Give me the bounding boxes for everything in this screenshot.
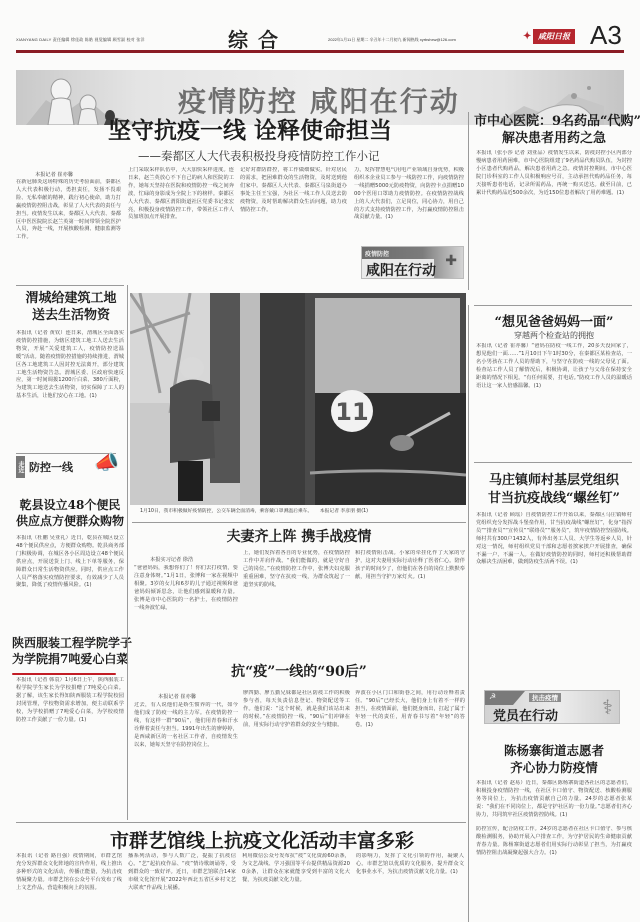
art-museum-col1: 本报讯（记者 路自强）疫情期间，市群艺馆充分发挥群众文化阵地的宣传作用，线上推出… — [16, 853, 122, 919]
art-museum-col3: 利用微信公众号发布抗“疫”文化资源60余条，为文艺战线、学习强国等平台提供精品资… — [242, 853, 350, 919]
party-tag-box: ☭ 抗击疫情 党员在行动 ⚕ — [484, 690, 620, 724]
qianxian-article-title: 乾县设立48个便民 供应点方便群众购物 — [14, 497, 126, 529]
chenyangzhai-title-line2: 齐心协力防疫情 — [474, 759, 634, 776]
weicheng-title-line2: 送去生活物资 — [16, 307, 126, 324]
column-divider — [127, 285, 128, 820]
hospital-title-line2: 解决患者用药之急 — [474, 130, 634, 147]
lead-article-col3: 记好对群防群控，将工作做细做实。针对居民的需求，把困难群众的生活物资，及时送到他… — [240, 167, 347, 287]
section-divider — [16, 822, 466, 823]
section-divider — [16, 285, 124, 286]
svg-text:11: 11 — [335, 398, 368, 426]
party-tag-title: 党员在行动 — [493, 705, 558, 724]
post90-article-col3: 奔波在小区门口和街巷之间，用行动诠释着责任。“90后”已经长大，他们身上有着不一… — [355, 690, 465, 810]
miss-parents-body: 本报讯（记者 崔亦馨）“爸妈在防疫一线工作，20多天没回家了，想见他们一面……”… — [476, 343, 632, 455]
miss-parents-title: “想见爸爸妈妈一面” — [474, 311, 634, 330]
weicheng-article-title: 渭城给建筑工地 送去生活物资 — [16, 290, 126, 324]
couple-article-col3: 和打疫情阻击战。小家的牵挂化作了大家的守护，这对夫妻用实际行动诠释了医者仁心。陪… — [355, 550, 465, 645]
masthead-rule — [16, 50, 624, 53]
qianxian-article-body: 本报讯（杜鹏 吴亚礼）近日，乾县在城区设立48个便民供应点，方便群众购物。乾县商… — [16, 535, 124, 620]
college-title-line1: 陕西服装工程学院学子 — [12, 635, 128, 651]
topic-logo-kicker: 疫情防控 — [365, 249, 389, 258]
photo-credit: 本报记者 李彦朋 摄(1) — [320, 509, 368, 514]
post90-article-title: 抗“疫”一线的“90后” — [132, 661, 466, 681]
post90-article-col2: 廖四勤、廖五勤兄妹都是社区防疫工作的积极参与者，每天负责信息登记、物资配送等工作… — [243, 690, 350, 810]
column-divider — [468, 112, 469, 290]
section-divider — [474, 305, 632, 306]
art-museum-col2: 播系列活动，参与人数广泛，提振了抗疫信心。“艺”起抗疫作品、“疫”情诗歌朗诵等，… — [128, 853, 236, 919]
masthead-left-info: XIANYANG DAILY 责任编辑 徐佳政 陈皓 视觉编辑 顾雪淑 校对 张… — [16, 37, 145, 43]
mazhuang-title-line2: 甘当抗疫战线“螺丝钉” — [474, 490, 634, 508]
lead-article-byline: 本报记者 崔亦馨 — [35, 171, 73, 178]
lead-article-title: 坚守抗疫一线 诠释使命担当 — [108, 112, 392, 145]
newspaper-logo: 咸阳日报 — [533, 29, 575, 44]
art-museum-col4: 的影响力，发挥了文化引领的作用，凝聚人心。市群艺馆以优质的文化服务，提升群众文化… — [356, 853, 464, 919]
mazhuang-title-line1: 马庄镇师村基层党组织 — [474, 472, 634, 490]
qianxian-title-line1: 乾县设立48个便民 — [14, 497, 126, 513]
hospital-article-body: 本报讯（张小莎 记者 刘亚品）疫情发生以来，防疫封控小区内部分慢病患者用药困难，… — [476, 150, 632, 300]
lead-article-col4: 力，发挥智慧电气用电产业领域自身优势，积极组织本企业员工参与一线防控工作，向疫情… — [354, 167, 464, 245]
weicheng-title-line1: 渭城给建筑工地 — [16, 290, 126, 307]
column-divider — [468, 305, 469, 922]
art-museum-article-title: 市群艺馆线上抗疫文化活动丰富多彩 — [110, 826, 414, 853]
chenyangzhai-title-line1: 陈杨寨街道志愿者 — [474, 742, 634, 759]
post90-article-byline: 本报记者 崔亦馨 — [158, 693, 196, 700]
column-tag-fangkong: 走近 防控一线 📣 — [16, 453, 116, 477]
post90-article-col1: 过去，有人说他们是娇生惯养的一代，如今他们成了防疫一线的主力军。在疫情防控一线，… — [134, 702, 238, 810]
newspaper-emblem-icon: ✦ — [523, 31, 531, 42]
college-article-body: 本报讯（记者 韩袁）1月6日上午，陕西服装工程学院学生家长为学校捐赠了7吨爱心白… — [16, 677, 124, 817]
topic-logo-box: 疫情防控 咸阳在行动 ✚ — [361, 246, 464, 279]
column-tag-title: 防控一线 — [29, 459, 73, 475]
hospital-article-title: 市中心医院：9名药品“代购” 解决患者用药之急 — [474, 113, 634, 147]
section-title: 综合 — [228, 24, 288, 53]
megaphone-person-icon: 📣 — [94, 450, 119, 474]
photo-caption-text: 1月10日，我市积极做好疫情防控，公交车辆全面消毒，乘客戴口罩测温后乘车。 — [140, 509, 312, 514]
lead-article-subtitle: ——秦都区人大代表积极投身疫情防控工作小记 — [138, 148, 380, 164]
couple-article-title: 夫妻齐上阵 携手战疫情 — [132, 526, 466, 546]
qianxian-title-line2: 供应点方便群众购物 — [14, 513, 126, 529]
medical-figure-icon: ✚ — [445, 253, 457, 269]
college-title-line2: 为学院捐7吨爱心白菜 — [12, 651, 128, 667]
column-tag-kicker: 走近 — [16, 456, 25, 478]
page-number: A3 — [590, 20, 622, 51]
couple-article-col2: 上，她们发挥着各自的专业优势，在疫情防控工作中并肩作战。“我们能做的，就是守好自… — [243, 550, 350, 645]
weicheng-article-body: 本报讯（记者 黄钦）连日来，渭城区全面落实疫情防控措施，为辖区建筑工地工人送去生… — [16, 330, 124, 440]
red-underline-mark — [12, 673, 116, 675]
mazhuang-article-title: 马庄镇师村基层党组织 甘当抗疫战线“螺丝钉” — [474, 472, 634, 508]
photo-caption: 1月10日，我市积极做好疫情防控，公交车辆全面消毒，乘客戴口罩测温后乘车。 本报… — [140, 508, 466, 515]
miss-parents-subtitle: 穿越两个检查站的拥抱 — [474, 330, 634, 341]
party-tag-kicker: 抗击疫情 — [529, 693, 561, 702]
couple-article-col1: “爸爸妈妈，我想你们了！你们去打疫情，要注意身体呀。”1月1日，张博和一家在视频… — [134, 565, 238, 645]
chenyangzhai-article-title: 陈杨寨街道志愿者 齐心协力防疫情 — [474, 742, 634, 776]
mazhuang-article-body: 本报讯（记者 顾瑶）自疫情防控工作开始以来，秦都区马庄镇师村党组织充分发挥战斗堡… — [476, 512, 632, 690]
chenyangzhai-article-body: 本报讯（记者 赵易）近日，秦都区陈杨寨街道各社区的志愿者们，积极投身疫情防控一线… — [476, 780, 632, 825]
couple-article-byline: 本报实习记者 徐浩 — [150, 556, 193, 563]
masthead-right-info: 2022年1月11日 星期二 辛丑年十二月初九 新闻热线 xyrbshxw@12… — [328, 37, 456, 43]
section-divider — [132, 522, 466, 523]
lead-article-col2: 上门采取采样队伍中，大大加快采样进度。连日来，赵兰英放心不下自己的病人和医院的工… — [128, 167, 234, 287]
college-article-title: 陕西服装工程学院学子 为学院捐7吨爱心白菜 — [12, 635, 128, 667]
section-divider — [474, 462, 632, 463]
bus-boarding-photo-icon: 11 — [130, 293, 466, 505]
hospital-title-line1: 市中心医院：9名药品“代购” — [474, 113, 634, 130]
party-emblem-icon: ☭ — [489, 692, 496, 701]
news-photo-bus: 11 — [130, 293, 466, 505]
medical-staff-icon: ⚕ — [602, 695, 613, 719]
lead-article-col1: 在新冠肺炎这场特殊的历史考验面前，秦都区人大代表积极行动，勇担责任，发扬不畏艰险… — [16, 179, 121, 279]
topic-logo-title: 咸阳在行动 — [366, 260, 436, 279]
chenyangzhai-article-continued: 防控宣传，配合防疫工作。24岁的志愿者在社区卡口值守、参与核酸检测服务，协助开展… — [476, 826, 632, 918]
